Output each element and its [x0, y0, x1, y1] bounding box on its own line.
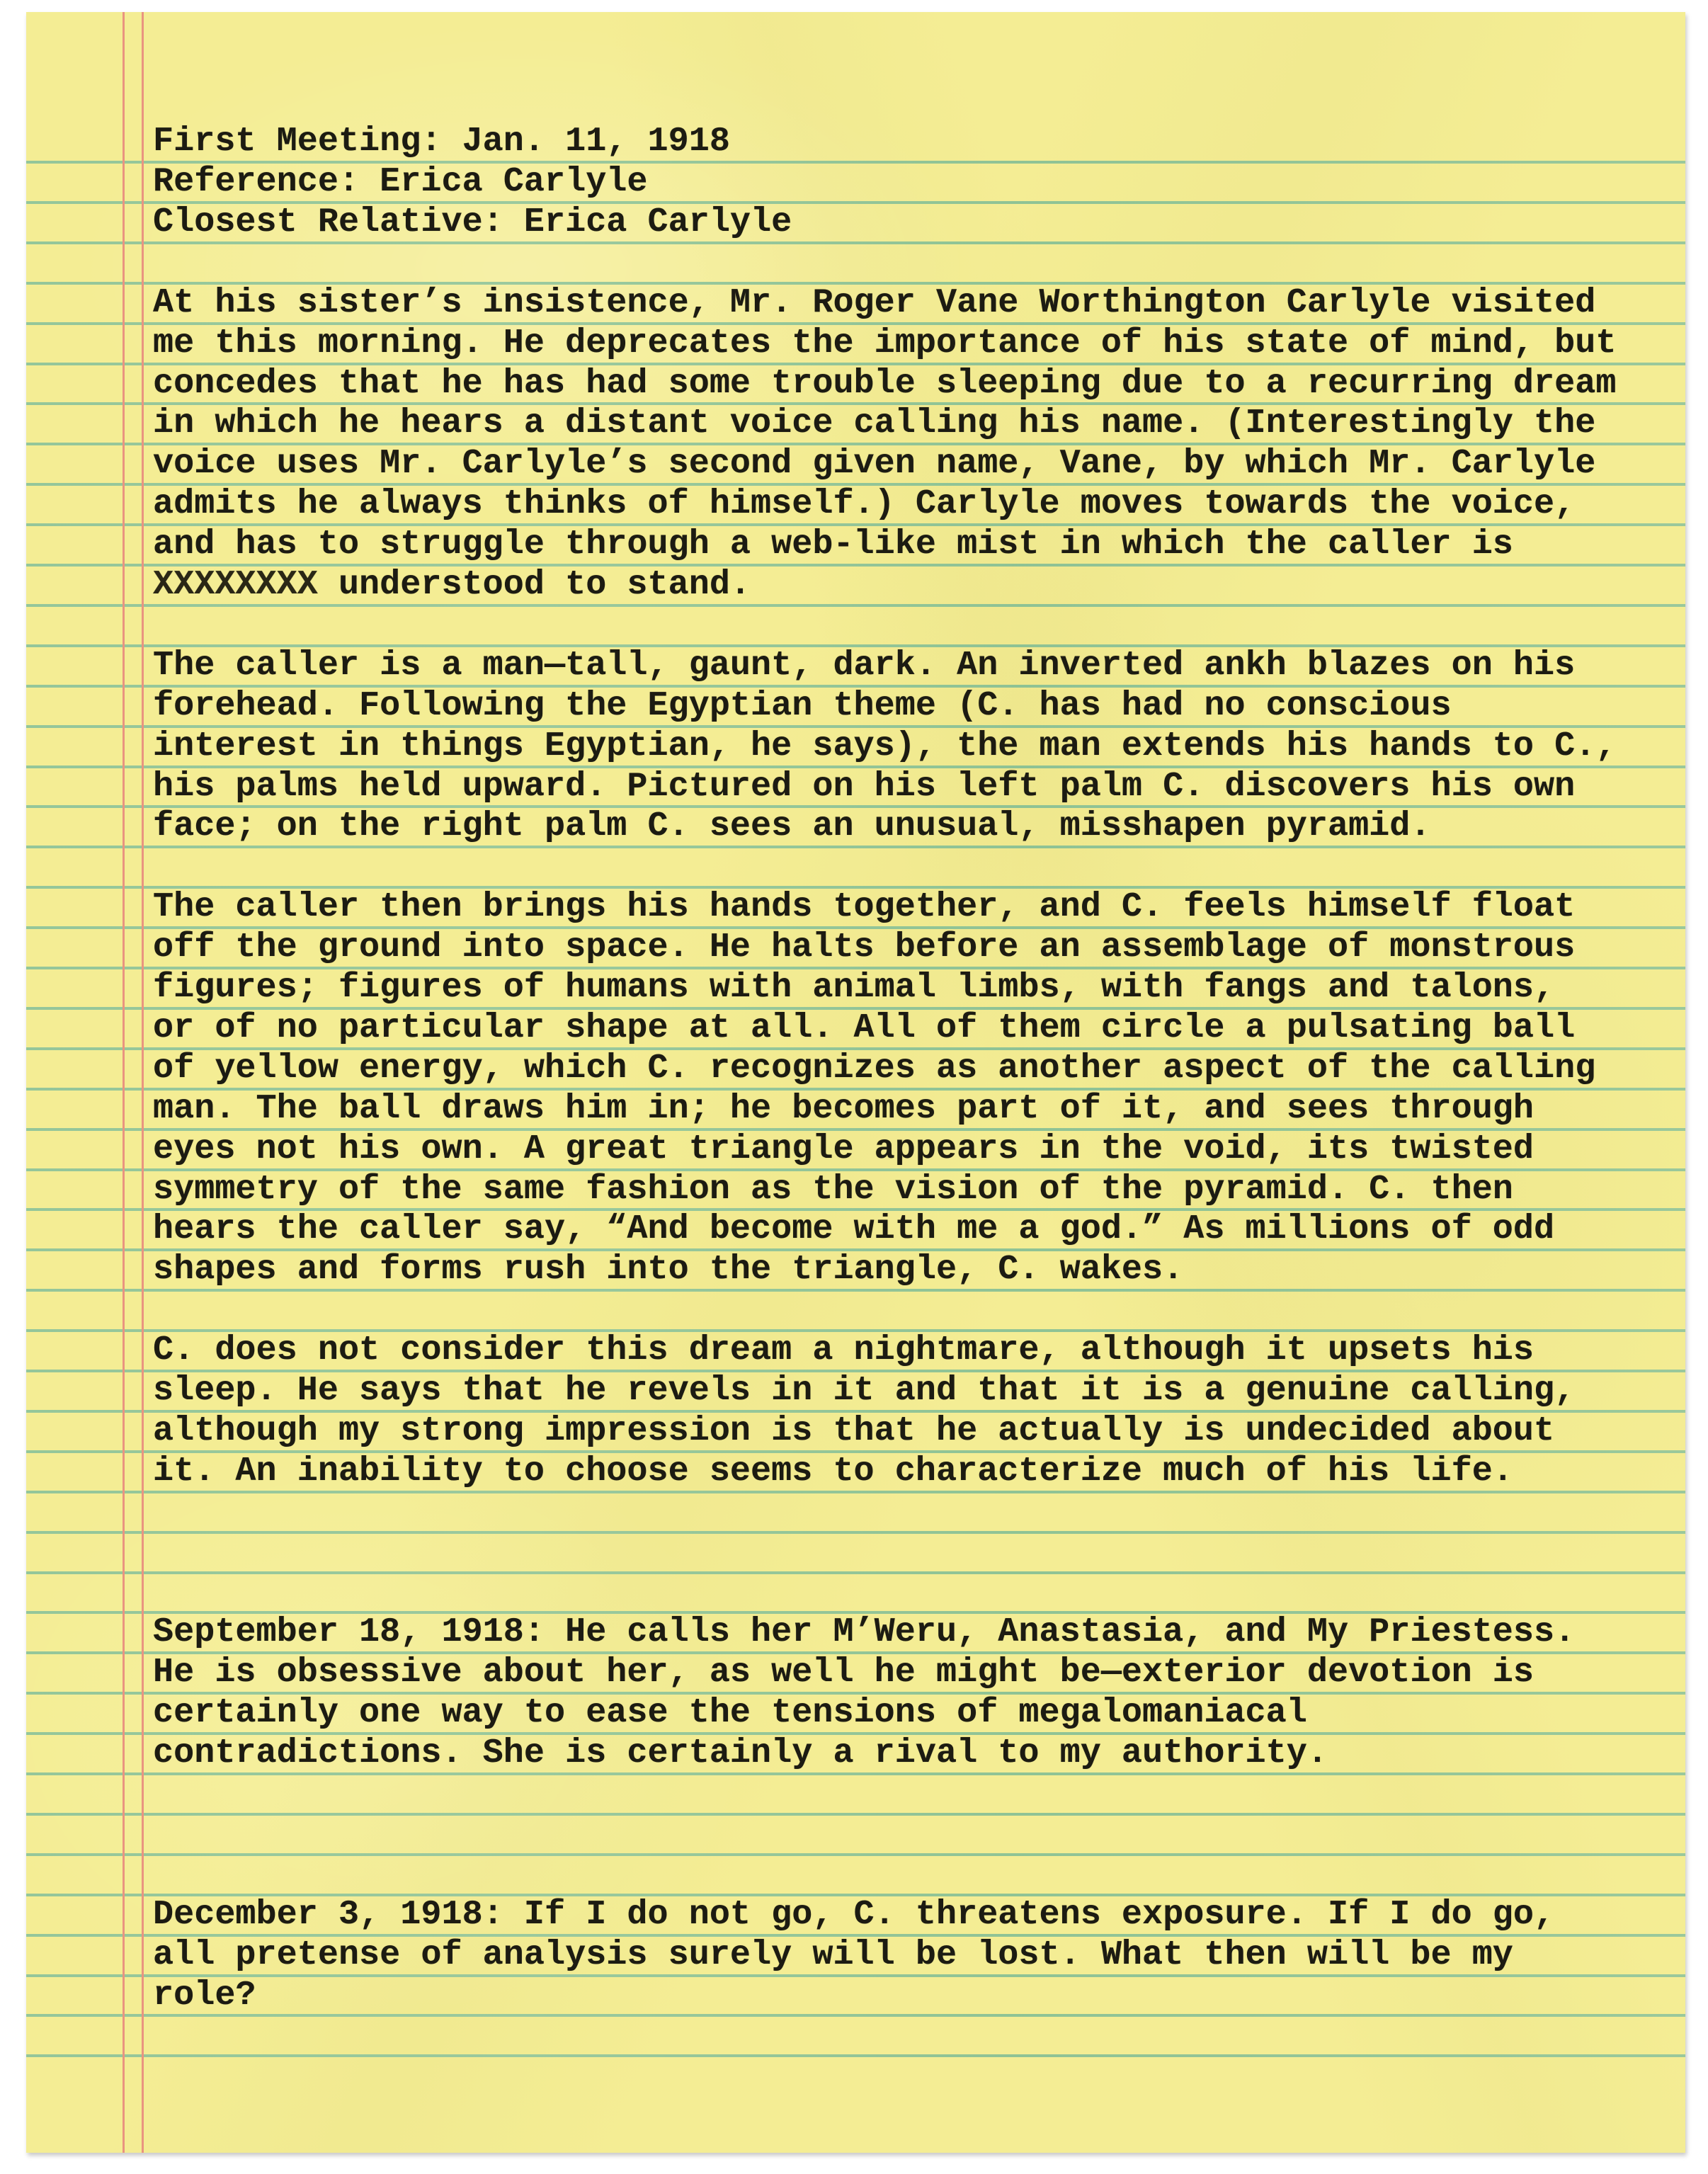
text-line: shapes and forms rush into the triangle,…: [153, 1250, 1183, 1290]
text-line: voice uses Mr. Carlyle’s second given na…: [153, 444, 1595, 484]
text-line: although my strong impression is that he…: [153, 1411, 1554, 1452]
struck-out-text: XXXXXXXX: [153, 565, 318, 604]
rule-line: [26, 1571, 1685, 1574]
text-line: role?: [153, 1976, 256, 2016]
text-line: forehead. Following the Egyptian theme (…: [153, 686, 1452, 727]
text-line: The caller then brings his hands togethe…: [153, 887, 1575, 928]
text-line: and has to struggle through a web-like m…: [153, 525, 1513, 565]
text-line: face; on the right palm C. sees an unusu…: [153, 807, 1431, 847]
text-line: He is obsessive about her, as well he mi…: [153, 1653, 1534, 1693]
text-line: man. The ball draws him in; he becomes p…: [153, 1089, 1534, 1129]
rule-line: [26, 1813, 1685, 1816]
text-line: sleep. He says that he revels in it and …: [153, 1371, 1575, 1411]
text-line: admits he always thinks of himself.) Car…: [153, 484, 1575, 525]
text-line: figures; figures of humans with animal l…: [153, 968, 1554, 1008]
text-line: of yellow energy, which C. recognizes as…: [153, 1049, 1595, 1089]
text-line: C. does not consider this dream a nightm…: [153, 1331, 1534, 1371]
text-line: eyes not his own. A great triangle appea…: [153, 1129, 1534, 1170]
text-line: concedes that he has had some trouble sl…: [153, 364, 1616, 404]
text-line: it. An inability to choose seems to char…: [153, 1452, 1513, 1492]
rule-line: [26, 1853, 1685, 1856]
rule-line: [26, 2054, 1685, 2057]
text-line: or of no particular shape at all. All of…: [153, 1008, 1575, 1049]
text-line: in which he hears a distant voice callin…: [153, 404, 1595, 444]
text-line: symmetry of the same fashion as the visi…: [153, 1170, 1513, 1210]
text-line: off the ground into space. He halts befo…: [153, 928, 1575, 968]
closest-relative-line: Closest Relative: Erica Carlyle: [153, 203, 792, 243]
text-line: The caller is a man—tall, gaunt, dark. A…: [153, 646, 1575, 686]
text-line: At his sister’s insistence, Mr. Roger Va…: [153, 283, 1595, 324]
margin-line-right: [142, 12, 144, 2153]
text-line: interest in things Egyptian, he says), t…: [153, 727, 1616, 767]
rule-line: [26, 1531, 1685, 1534]
text-line: certainly one way to ease the tensions o…: [153, 1693, 1307, 1734]
text-line: XXXXXXXX understood to stand.: [153, 565, 751, 605]
text-line: contradictions. She is certainly a rival…: [153, 1734, 1328, 1774]
rule-line: [26, 2014, 1685, 2017]
text-line: December 3, 1918: If I do not go, C. thr…: [153, 1895, 1554, 1935]
text-line: me this morning. He deprecates the impor…: [153, 324, 1616, 364]
text-line: his palms held upward. Pictured on his l…: [153, 767, 1575, 807]
reference-line: Reference: Erica Carlyle: [153, 162, 648, 203]
margin-line-left: [123, 12, 125, 2153]
text-line: all pretense of analysis surely will be …: [153, 1935, 1513, 1976]
first-meeting-line: First Meeting: Jan. 11, 1918: [153, 122, 730, 162]
text-line: September 18, 1918: He calls her M’Weru,…: [153, 1612, 1575, 1653]
text-line: hears the caller say, “And become with m…: [153, 1210, 1554, 1250]
